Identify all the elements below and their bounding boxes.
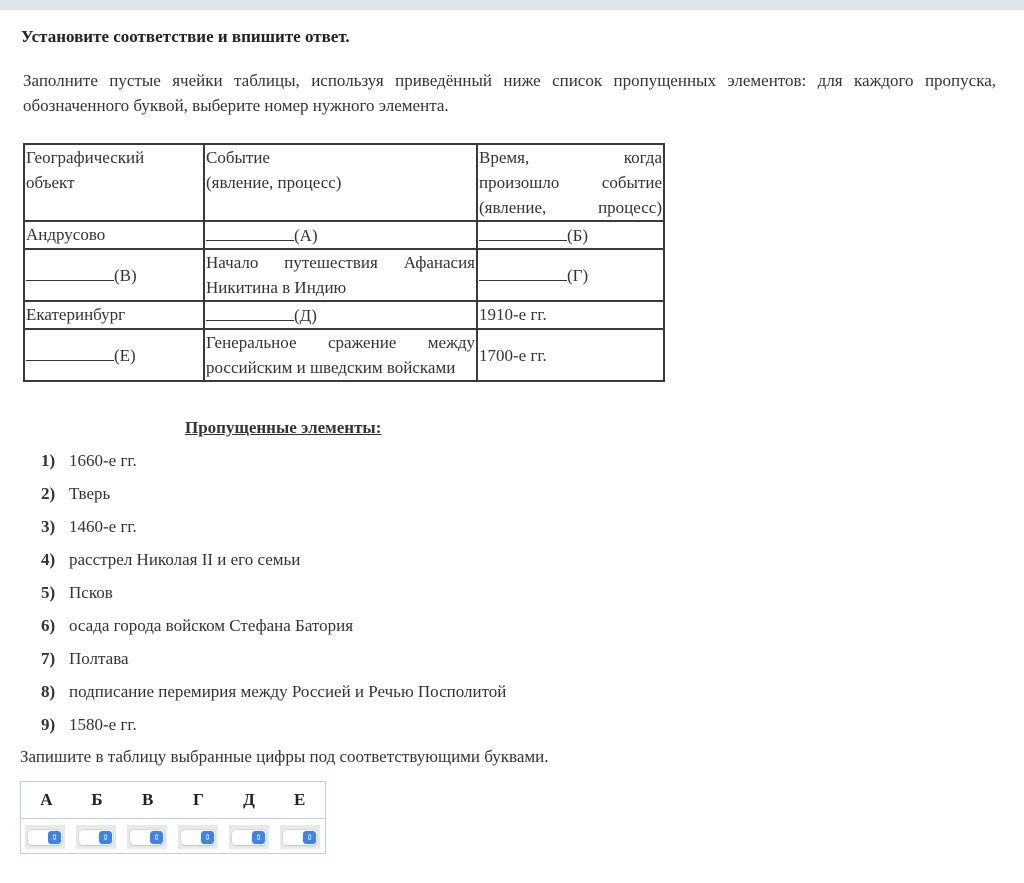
answer-select-g[interactable]: ⇕ [181, 830, 215, 845]
missing-elements-title: Пропущенные элементы: [185, 418, 381, 438]
cell-time-blank-g: (Г) [477, 249, 664, 301]
answer-letters-row: А Б В Г Д Е [21, 782, 325, 819]
cell-time-blank-b: (Б) [477, 221, 664, 249]
list-item: 9)1580-е гг. [41, 714, 506, 747]
answer-select-e[interactable]: ⇕ [283, 830, 317, 845]
table-row: (Е) Генеральное сражение между российски… [24, 329, 664, 381]
cell-object: Екатеринбург [24, 301, 204, 329]
answer-cell: ⇕ [229, 825, 269, 849]
blank-line [206, 302, 294, 321]
letter-d: Д [224, 782, 275, 818]
cell-object: Андрусово [24, 221, 204, 249]
letter-v: В [122, 782, 173, 818]
answer-select-d[interactable]: ⇕ [232, 830, 266, 845]
table-header-row: Географический объект Событие (явление, … [24, 144, 664, 221]
header-time: Время, когда произошло событие (явление,… [477, 144, 664, 221]
list-item: 5)Псков [41, 582, 506, 615]
answer-cell: ⇕ [178, 825, 218, 849]
answer-cell: ⇕ [127, 825, 167, 849]
cell-object-blank-e: (Е) [24, 329, 204, 381]
blank-line [206, 222, 294, 241]
cell-time: 1700-е гг. [477, 329, 664, 381]
blank-line [26, 262, 114, 281]
table-row: Андрусово (А) (Б) [24, 221, 664, 249]
list-item: 1)1660-е гг. [41, 450, 506, 483]
updown-chevron-icon: ⇕ [150, 831, 163, 844]
cell-time: 1910-е гг. [477, 301, 664, 329]
updown-chevron-icon: ⇕ [303, 831, 316, 844]
answer-cell: ⇕ [76, 825, 116, 849]
cell-event-blank-a: (А) [204, 221, 477, 249]
answer-select-a[interactable]: ⇕ [28, 830, 62, 845]
header-event: Событие (явление, процесс) [204, 144, 477, 221]
table-row: (В) Начало путешествия Афанасия Никитина… [24, 249, 664, 301]
updown-chevron-icon: ⇕ [48, 831, 61, 844]
blank-line [26, 342, 114, 361]
top-bar [0, 0, 1024, 10]
updown-chevron-icon: ⇕ [201, 831, 214, 844]
letter-g: Г [173, 782, 224, 818]
task-instructions: Заполните пустые ячейки таблицы, использ… [23, 68, 996, 118]
list-item: 7)Полтава [41, 648, 506, 681]
answer-cell: ⇕ [25, 825, 65, 849]
answer-table: А Б В Г Д Е ⇕ ⇕ ⇕ ⇕ ⇕ ⇕ [20, 781, 326, 854]
missing-elements-list: 1)1660-е гг. 2)Тверь 3)1460-е гг. 4)расс… [41, 450, 506, 747]
list-item: 8)подписание перемирия между Россией и Р… [41, 681, 506, 714]
list-item: 6)осада города войском Стефана Батория [41, 615, 506, 648]
cell-event: Генеральное сражение между российским и … [204, 329, 477, 381]
answer-instruction: Запишите в таблицу выбранные цифры под с… [20, 747, 549, 767]
letter-e: Е [274, 782, 325, 818]
answer-selects-row: ⇕ ⇕ ⇕ ⇕ ⇕ ⇕ [21, 819, 325, 855]
letter-a: А [21, 782, 72, 818]
updown-chevron-icon: ⇕ [99, 831, 112, 844]
list-item: 4)расстрел Николая II и его семьи [41, 549, 506, 582]
cell-event: Начало путешествия Афанасия Никитина в И… [204, 249, 477, 301]
cell-event-blank-d: (Д) [204, 301, 477, 329]
answer-cell: ⇕ [280, 825, 320, 849]
letter-b: Б [72, 782, 123, 818]
answer-select-b[interactable]: ⇕ [79, 830, 113, 845]
matching-table: Географический объект Событие (явление, … [23, 143, 665, 382]
blank-line [479, 222, 567, 241]
updown-chevron-icon: ⇕ [252, 831, 265, 844]
task-title: Установите соответствие и впишите ответ. [21, 27, 350, 47]
header-geo-object: Географический объект [24, 144, 204, 221]
answer-select-v[interactable]: ⇕ [130, 830, 164, 845]
list-item: 3)1460-е гг. [41, 516, 506, 549]
table-row: Екатеринбург (Д) 1910-е гг. [24, 301, 664, 329]
cell-object-blank-v: (В) [24, 249, 204, 301]
blank-line [479, 262, 567, 281]
list-item: 2)Тверь [41, 483, 506, 516]
